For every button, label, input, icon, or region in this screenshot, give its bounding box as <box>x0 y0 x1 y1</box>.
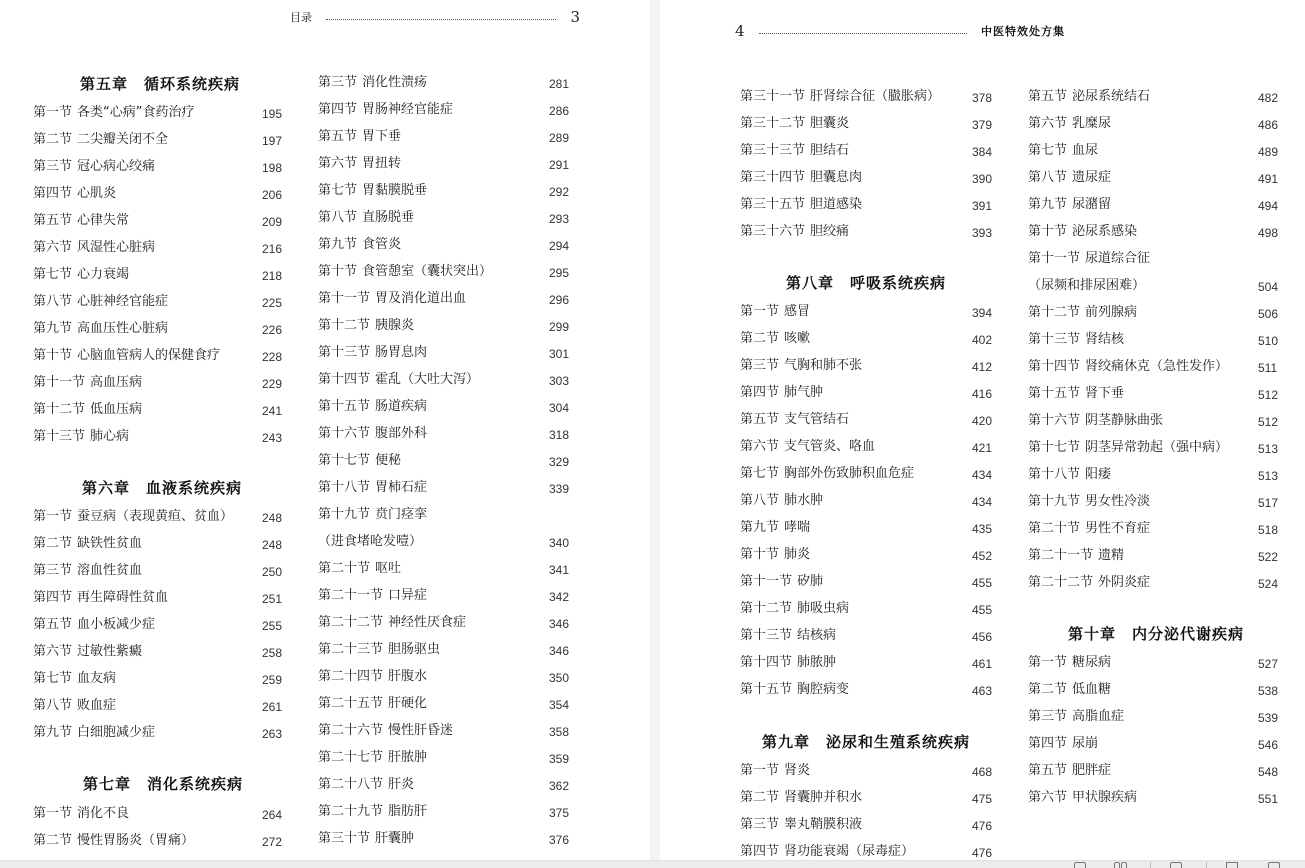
section-title: 便秘 <box>375 453 401 468</box>
section-title: 外阴炎症 <box>1098 575 1150 590</box>
toc-entry[interactable]: 第十四节肺脓肿 <box>740 654 836 672</box>
page-ref: 243 <box>262 429 282 447</box>
page-ref: 452 <box>972 547 992 565</box>
page-ref: 195 <box>262 105 282 123</box>
page-ref: 304 <box>549 399 569 417</box>
toc-entry[interactable]: 第十九节贲门痉挛 <box>318 506 427 524</box>
toc-entry[interactable]: 第二节肾囊肿并积水 <box>740 789 862 807</box>
section-number: 第四节 <box>1028 736 1067 751</box>
toc-entry[interactable]: 第三节消化性溃疡 <box>318 74 427 92</box>
section-title: 消化不良 <box>77 806 129 821</box>
page-ref: 248 <box>262 536 282 554</box>
toc-entry[interactable]: 第七节血友病 <box>33 670 116 688</box>
page-ref: 292 <box>549 183 569 201</box>
toc-entry[interactable]: 第二十一节遗精 <box>1028 547 1124 565</box>
section-title: 溶血性贫血 <box>77 563 142 578</box>
page-ref: 206 <box>262 186 282 204</box>
section-title: 尿道综合征 <box>1085 251 1150 266</box>
toc-entry[interactable]: 第二十四节肝腹水 <box>318 668 427 686</box>
page-ref: 303 <box>549 372 569 390</box>
toc-entry[interactable]: 第九节食管炎 <box>318 236 401 254</box>
page-ref: 510 <box>1258 332 1278 350</box>
section-title: 胰腺炎 <box>375 318 414 333</box>
section-number: 第五节 <box>33 213 72 228</box>
toc-entry[interactable]: 第三节气胸和肺不张 <box>740 357 862 375</box>
section-title: 食管炎 <box>362 237 401 252</box>
page-ref: 301 <box>549 345 569 363</box>
toc-entry[interactable]: 第六节甲状腺疾病 <box>1028 789 1137 807</box>
section-title: 冠心病心绞痛 <box>77 159 155 174</box>
section-number: 第十四节 <box>740 655 792 670</box>
section-number: 第十一节 <box>318 291 370 306</box>
section-number: 第七节 <box>318 183 357 198</box>
toc-entry[interactable]: 第八节心脏神经官能症 <box>33 293 168 311</box>
section-title: 心脏神经官能症 <box>77 294 168 309</box>
toc-entry[interactable]: 第十七节便秘 <box>318 452 401 470</box>
toc-entry[interactable]: 第十一节胃及消化道出血 <box>318 290 466 308</box>
toc-entry[interactable]: 第十节肺炎 <box>740 546 810 564</box>
section-number: 第七节 <box>33 267 72 282</box>
section-number: 第二十七节 <box>318 750 383 765</box>
section-title: 低血压病 <box>90 402 142 417</box>
toc-entry[interactable]: 第二十二节外阴炎症 <box>1028 574 1150 592</box>
page-ref: 456 <box>972 628 992 646</box>
page-ref: 489 <box>1258 143 1278 161</box>
section-number: 第二十节 <box>1028 521 1080 536</box>
toc-entry[interactable]: 第十二节前列腺病 <box>1028 304 1137 322</box>
section-number: 第二十九节 <box>318 804 383 819</box>
page-ref: 506 <box>1258 305 1278 323</box>
page-ref: 421 <box>972 439 992 457</box>
section-title: 阴茎异常勃起（强中病） <box>1085 440 1228 455</box>
section-title: 肝硬化 <box>388 696 427 711</box>
page-ref: 198 <box>262 159 282 177</box>
toc-entry[interactable]: 第三十二节胆囊炎 <box>740 115 849 133</box>
section-title: 高脂血症 <box>1072 709 1124 724</box>
section-title: 贲门痉挛 <box>375 507 427 522</box>
toc-entry[interactable]: 第二节慢性胃肠炎（胃痛） <box>33 832 194 850</box>
chapter-heading: 第六章 血液系统疾病 <box>82 477 242 498</box>
toc-entry[interactable]: 第十二节胰腺炎 <box>318 317 414 335</box>
page-ref: 255 <box>262 617 282 635</box>
section-title: 胆囊息肉 <box>810 170 862 185</box>
section-title: 泌尿系统结石 <box>1072 89 1150 104</box>
section-title: 血小板减少症 <box>77 617 155 632</box>
section-title: 泌尿系感染 <box>1072 224 1137 239</box>
toc-entry[interactable]: 第十五节肾下垂 <box>1028 385 1124 403</box>
leader-dots <box>326 19 556 20</box>
toc-entry[interactable]: 第十八节阳痿 <box>1028 466 1111 484</box>
section-number: 第三十六节 <box>740 224 805 239</box>
section-title: 肾炎 <box>784 763 810 778</box>
section-title: 前列腺病 <box>1085 305 1137 320</box>
section-number: 第三十节 <box>318 831 370 846</box>
toc-entry[interactable]: 第九节白细胞减少症 <box>33 724 155 742</box>
section-number: 第二节 <box>740 790 779 805</box>
toc-entry[interactable]: 第二十节呕吐 <box>318 560 401 578</box>
section-number: 第十节 <box>33 348 72 363</box>
section-number: 第八节 <box>740 493 779 508</box>
page-ref: 468 <box>972 763 992 781</box>
chapter-heading: 第十章 内分泌代谢疾病 <box>1068 623 1244 644</box>
section-number: 第十五节 <box>1028 386 1080 401</box>
toc-entry[interactable]: 第十一节高血压病 <box>33 374 142 392</box>
toc-entry[interactable]: 第三十一节肝肾综合征（臌胀病） <box>740 88 940 106</box>
toc-entry[interactable]: 第十节心脑血管病人的保健食疗 <box>33 347 220 365</box>
toc-entry[interactable]: 第六节胃扭转 <box>318 155 401 173</box>
page-ref: 434 <box>972 493 992 511</box>
toc-entry[interactable]: 第三十四节胆囊息肉 <box>740 169 862 187</box>
toc-entry[interactable]: 第九节哮喘 <box>740 519 810 537</box>
toc-entry[interactable]: 第十三节结核病 <box>740 627 836 645</box>
section-title: 乳糜尿 <box>1072 116 1111 131</box>
page-ref: 511 <box>1258 359 1277 377</box>
section-number: 第四节 <box>33 590 72 605</box>
section-title: 胃黏膜脱垂 <box>362 183 427 198</box>
fit-width-icon[interactable] <box>1226 862 1238 868</box>
two-page-view-icon-right <box>1121 862 1127 868</box>
toc-entry[interactable]: 第十六节阴茎静脉曲张 <box>1028 412 1163 430</box>
toc-entry[interactable]: 第五节支气管结石 <box>740 411 849 429</box>
toc-entry[interactable]: 第三节高脂血症 <box>1028 708 1124 726</box>
toc-entry[interactable]: 第二十七节肝脓肿 <box>318 749 427 767</box>
page-ref: 218 <box>262 267 282 285</box>
section-number: 第八节 <box>318 210 357 225</box>
section-number: 第一节 <box>33 105 72 120</box>
section-number: 第二十一节 <box>1028 548 1093 563</box>
document-page-3: 目录 3 第五章 循环系统疾病第一节各类“心病”食药治疗195第二节二尖瓣关闭不… <box>0 0 650 860</box>
toc-entry[interactable]: 第一节糖尿病 <box>1028 654 1111 672</box>
section-number: 第二十八节 <box>318 777 383 792</box>
fullscreen-icon[interactable] <box>1268 862 1280 868</box>
section-number: 第七节 <box>33 671 72 686</box>
toc-entry[interactable]: 第十五节胸腔病变 <box>740 681 849 699</box>
toc-entry[interactable]: 第七节胸部外伤致肺积血危症 <box>740 465 914 483</box>
section-title: 肠胃息肉 <box>375 345 427 360</box>
section-title: 甲状腺疾病 <box>1072 790 1137 805</box>
section-number: 第三十四节 <box>740 170 805 185</box>
running-head-label: 目录 <box>290 9 312 25</box>
toc-entry[interactable]: 第四节胃肠神经官能症 <box>318 101 453 119</box>
toc-entry[interactable]: 第十五节肠道疾病 <box>318 398 427 416</box>
toc-entry[interactable]: 第七节胃黏膜脱垂 <box>318 182 427 200</box>
section-number: 第六节 <box>318 156 357 171</box>
toc-entry[interactable]: 第十三节肠胃息肉 <box>318 344 427 362</box>
page-ref: 513 <box>1258 467 1278 485</box>
section-number: 第三十五节 <box>740 197 805 212</box>
toc-entry[interactable]: 第三十六节胆绞痛 <box>740 223 849 241</box>
section-number: 第二节 <box>33 833 72 848</box>
section-title: 哮喘 <box>784 520 810 535</box>
toc-entry[interactable]: 第二十八节肝炎 <box>318 776 414 794</box>
section-number: 第十节 <box>1028 224 1067 239</box>
section-number: 第十四节 <box>318 372 370 387</box>
section-number: 第五节 <box>33 617 72 632</box>
viewer-toolbar <box>0 860 1305 868</box>
section-title: 蚕豆病（表现黄疸、贫血） <box>77 509 233 524</box>
toc-entry[interactable]: 第十九节男女性冷淡 <box>1028 493 1150 511</box>
toc-entry[interactable]: 第十三节肺心病 <box>33 428 129 446</box>
page-ref: 538 <box>1258 682 1278 700</box>
section-title: （进食堵呛发噎） <box>318 534 422 549</box>
toc-entry[interactable]: 第一节消化不良 <box>33 805 129 823</box>
section-number: 第二节 <box>33 132 72 147</box>
section-number: 第三十三节 <box>740 143 805 158</box>
toc-entry[interactable]: 第三十五节胆道感染 <box>740 196 862 214</box>
page-number: 4 <box>735 22 745 40</box>
page-ref: 379 <box>972 116 992 134</box>
section-title: 肺心病 <box>90 429 129 444</box>
page-ref: 551 <box>1258 790 1278 808</box>
page-ref: 527 <box>1258 655 1278 673</box>
toc-entry[interactable]: 第二十九节脂肪肝 <box>318 803 427 821</box>
toc-entry[interactable]: 第八节肺水肿 <box>740 492 823 510</box>
page-ref: 294 <box>549 237 569 255</box>
section-title: 过敏性紫癜 <box>77 644 142 659</box>
page-ref: 261 <box>262 698 282 716</box>
toc-entry[interactable]: 第二节咳嗽 <box>740 330 810 348</box>
section-title: 肾功能衰竭（尿毒症） <box>784 844 914 859</box>
toc-entry[interactable]: 第三节冠心病心绞痛 <box>33 158 155 176</box>
section-number: 第一节 <box>740 304 779 319</box>
section-title: 感冒 <box>784 304 810 319</box>
toc-entry[interactable]: （进食堵呛发噎） <box>318 533 422 551</box>
document-page-4: 4 中医特效处方集 第三十一节肝肾综合征（臌胀病）378第三十二节胆囊炎379第… <box>660 0 1305 860</box>
section-title: 慢性肝昏迷 <box>388 723 453 738</box>
page-ref: 548 <box>1258 763 1278 781</box>
toc-entry[interactable]: 第三十三节胆结石 <box>740 142 849 160</box>
section-title: 肺气肿 <box>784 385 823 400</box>
section-number: 第十六节 <box>1028 413 1080 428</box>
section-title: 睾丸鞘膜积液 <box>784 817 862 832</box>
section-title: 肾下垂 <box>1085 386 1124 401</box>
toc-entry[interactable]: 第十四节霍乱（大吐大泻） <box>318 371 479 389</box>
section-title: 消化性溃疡 <box>362 75 427 90</box>
section-number: 第二节 <box>1028 682 1067 697</box>
running-head: 4 中医特效处方集 <box>735 22 1065 40</box>
toc-entry[interactable]: 第八节遗尿症 <box>1028 169 1111 187</box>
section-title: 腹部外科 <box>375 426 427 441</box>
toc-entry[interactable]: 第十二节肺吸虫病 <box>740 600 849 618</box>
page-ref: 498 <box>1258 224 1278 242</box>
toc-entry[interactable]: 第三十节肝囊肿 <box>318 830 414 848</box>
toc-entry[interactable]: 第六节过敏性紫癜 <box>33 643 142 661</box>
section-number: 第十一节 <box>740 574 792 589</box>
page-ref: 504 <box>1258 278 1278 296</box>
toc-entry[interactable]: 第二节缺铁性贫血 <box>33 535 142 553</box>
toolbar-divider <box>1150 862 1151 868</box>
page-ref: 455 <box>972 601 992 619</box>
toc-entry[interactable]: （尿频和排尿困难） <box>1028 277 1145 295</box>
page-ref: 346 <box>549 642 569 660</box>
section-number: 第九节 <box>1028 197 1067 212</box>
section-title: 血尿 <box>1072 143 1098 158</box>
section-number: 第十一节 <box>33 375 85 390</box>
section-number: 第七节 <box>740 466 779 481</box>
toc-entry[interactable]: 第四节肾功能衰竭（尿毒症） <box>740 843 914 860</box>
section-title: 各类“心病”食药治疗 <box>77 105 194 120</box>
toc-entry[interactable]: 第三节睾丸鞘膜积液 <box>740 816 862 834</box>
toc-entry[interactable]: 第一节肾炎 <box>740 762 810 780</box>
section-title: 慢性胃肠炎（胃痛） <box>77 833 194 848</box>
toc-entry[interactable]: 第三节溶血性贫血 <box>33 562 142 580</box>
page-ref: 248 <box>262 509 282 527</box>
section-number: 第五节 <box>318 129 357 144</box>
section-number: 第九节 <box>33 321 72 336</box>
page-ref: 340 <box>549 534 569 552</box>
toc-entry[interactable]: 第二节二尖瓣关闭不全 <box>33 131 168 149</box>
section-title: 矽肺 <box>797 574 823 589</box>
page-ref: 375 <box>549 804 569 822</box>
toc-entry[interactable]: 第九节尿潴留 <box>1028 196 1111 214</box>
section-number: 第十节 <box>318 264 357 279</box>
toc-entry[interactable]: 第七节血尿 <box>1028 142 1098 160</box>
section-title: 肺脓肿 <box>797 655 836 670</box>
section-number: 第六节 <box>1028 116 1067 131</box>
page-ref: 250 <box>262 563 282 581</box>
section-title: 风湿性心脏病 <box>77 240 155 255</box>
page-ref: 291 <box>549 156 569 174</box>
section-title: 气胸和肺不张 <box>784 358 862 373</box>
chapter-heading: 第八章 呼吸系统疾病 <box>786 272 946 293</box>
section-number: 第二十二节 <box>318 615 383 630</box>
single-page-view-icon[interactable] <box>1074 862 1086 868</box>
toc-entry[interactable]: 第六节风湿性心脏病 <box>33 239 155 257</box>
section-number: 第十二节 <box>33 402 85 417</box>
toc-entry[interactable]: 第一节感冒 <box>740 303 810 321</box>
section-number: 第十二节 <box>1028 305 1080 320</box>
toc-entry[interactable]: 第六节乳糜尿 <box>1028 115 1111 133</box>
toc-entry[interactable]: 第九节高血压性心脏病 <box>33 320 168 338</box>
toc-entry[interactable]: 第二十节男性不育症 <box>1028 520 1150 538</box>
book-title: 中医特效处方集 <box>981 23 1065 39</box>
toc-entry[interactable]: 第十六节腹部外科 <box>318 425 427 443</box>
page-ref: 517 <box>1258 494 1278 512</box>
page-ref: 362 <box>549 777 569 795</box>
toc-entry[interactable]: 第六节支气管炎、咯血 <box>740 438 875 456</box>
toc-entry[interactable]: 第一节各类“心病”食药治疗 <box>33 104 195 122</box>
toc-entry[interactable]: 第十七节阴茎异常勃起（强中病） <box>1028 439 1228 457</box>
section-title: 神经性厌食症 <box>388 615 466 630</box>
section-title: 败血症 <box>77 698 116 713</box>
page-ref: 522 <box>1258 548 1278 566</box>
leader-dots <box>759 33 967 34</box>
section-number: 第六节 <box>33 644 72 659</box>
section-title: 胃扭转 <box>362 156 401 171</box>
section-title: 肺炎 <box>784 547 810 562</box>
section-number: 第四节 <box>740 844 779 859</box>
section-number: 第十三节 <box>318 345 370 360</box>
section-number: 第十五节 <box>318 399 370 414</box>
toc-entry[interactable]: 第二十六节慢性肝昏迷 <box>318 722 453 740</box>
two-page-view-icon[interactable] <box>1114 862 1120 868</box>
toc-entry[interactable]: 第十一节矽肺 <box>740 573 823 591</box>
toc-entry[interactable]: 第一节蚕豆病（表现黄疸、贫血） <box>33 508 233 526</box>
toc-entry[interactable]: 第二十一节口异症 <box>318 587 427 605</box>
page-ref: 258 <box>262 644 282 662</box>
toc-entry[interactable]: 第四节肺气肿 <box>740 384 823 402</box>
section-number: 第二十六节 <box>318 723 383 738</box>
toc-entry[interactable]: 第四节尿崩 <box>1028 735 1098 753</box>
section-title: 男女性冷淡 <box>1085 494 1150 509</box>
toc-entry[interactable]: 第七节心力衰竭 <box>33 266 129 284</box>
toc-entry[interactable]: 第五节泌尿系统结石 <box>1028 88 1150 106</box>
section-number: 第三节 <box>318 75 357 90</box>
section-title: 遗尿症 <box>1072 170 1111 185</box>
fit-page-icon[interactable] <box>1170 862 1182 868</box>
section-number: 第八节 <box>1028 170 1067 185</box>
section-number: 第八节 <box>33 698 72 713</box>
toc-entry[interactable]: 第八节直肠脱垂 <box>318 209 414 227</box>
section-number: 第二十二节 <box>1028 575 1093 590</box>
page-ref: 393 <box>972 224 992 242</box>
chapter-heading: 第九章 泌尿和生殖系统疾病 <box>762 731 970 752</box>
section-number: 第六节 <box>33 240 72 255</box>
toc-entry[interactable]: 第二节低血糖 <box>1028 681 1111 699</box>
section-title: 糖尿病 <box>1072 655 1111 670</box>
section-title: 直肠脱垂 <box>362 210 414 225</box>
toc-entry[interactable]: 第四节再生障碍性贫血 <box>33 589 168 607</box>
page-ref: 402 <box>972 331 992 349</box>
toc-entry[interactable]: 第十三节肾结核 <box>1028 331 1124 349</box>
page-ref: 241 <box>262 402 282 420</box>
section-title: 缺铁性贫血 <box>77 536 142 551</box>
page-ref: 524 <box>1258 575 1278 593</box>
section-title: 口异症 <box>388 588 427 603</box>
toc-entry[interactable]: 第五节肥胖症 <box>1028 762 1111 780</box>
section-title: 二尖瓣关闭不全 <box>77 132 168 147</box>
toc-entry[interactable]: 第十节泌尿系感染 <box>1028 223 1137 241</box>
page-ref: 216 <box>262 240 282 258</box>
section-number: 第四节 <box>740 385 779 400</box>
toc-entry[interactable]: 第五节胃下垂 <box>318 128 401 146</box>
toc-entry[interactable]: 第十八节胃柿石症 <box>318 479 427 497</box>
page-ref: 491 <box>1258 170 1278 188</box>
section-title: 心脑血管病人的保健食疗 <box>77 348 220 363</box>
page-number: 3 <box>570 8 580 26</box>
section-title: 尿崩 <box>1072 736 1098 751</box>
toc-entry[interactable]: 第五节血小板减少症 <box>33 616 155 634</box>
toc-entry[interactable]: 第十一节尿道综合征 <box>1028 250 1150 268</box>
toc-entry[interactable]: 第十二节低血压病 <box>33 401 142 419</box>
toc-entry[interactable]: 第十节食管憩室（囊状突出） <box>318 263 492 281</box>
toc-entry[interactable]: 第二十二节神经性厌食症 <box>318 614 466 632</box>
section-number: 第三十二节 <box>740 116 805 131</box>
section-number: 第三节 <box>740 817 779 832</box>
section-number: 第一节 <box>33 509 72 524</box>
toc-entry[interactable]: 第四节心肌炎 <box>33 185 116 203</box>
page-ref: 518 <box>1258 521 1278 539</box>
section-title: 遗精 <box>1098 548 1124 563</box>
section-number: 第二十三节 <box>318 642 383 657</box>
page-ref: 416 <box>972 385 992 403</box>
section-number: 第三节 <box>33 159 72 174</box>
toc-entry[interactable]: 第十四节肾绞痛休克（急性发作） <box>1028 358 1228 376</box>
page-ref: 476 <box>972 817 992 835</box>
running-head: 目录 3 <box>290 8 580 26</box>
toc-entry[interactable]: 第五节心律失常 <box>33 212 129 230</box>
toc-entry[interactable]: 第八节败血症 <box>33 697 116 715</box>
page-ref: 225 <box>262 294 282 312</box>
toc-entry[interactable]: 第二十三节胆肠驱虫 <box>318 641 440 659</box>
toolbar-divider <box>1206 862 1207 868</box>
section-title: 男性不育症 <box>1085 521 1150 536</box>
page-ref: 391 <box>972 197 992 215</box>
section-title: 结核病 <box>797 628 836 643</box>
toc-entry[interactable]: 第二十五节肝硬化 <box>318 695 427 713</box>
section-title: 血友病 <box>77 671 116 686</box>
section-title: 胃下垂 <box>362 129 401 144</box>
